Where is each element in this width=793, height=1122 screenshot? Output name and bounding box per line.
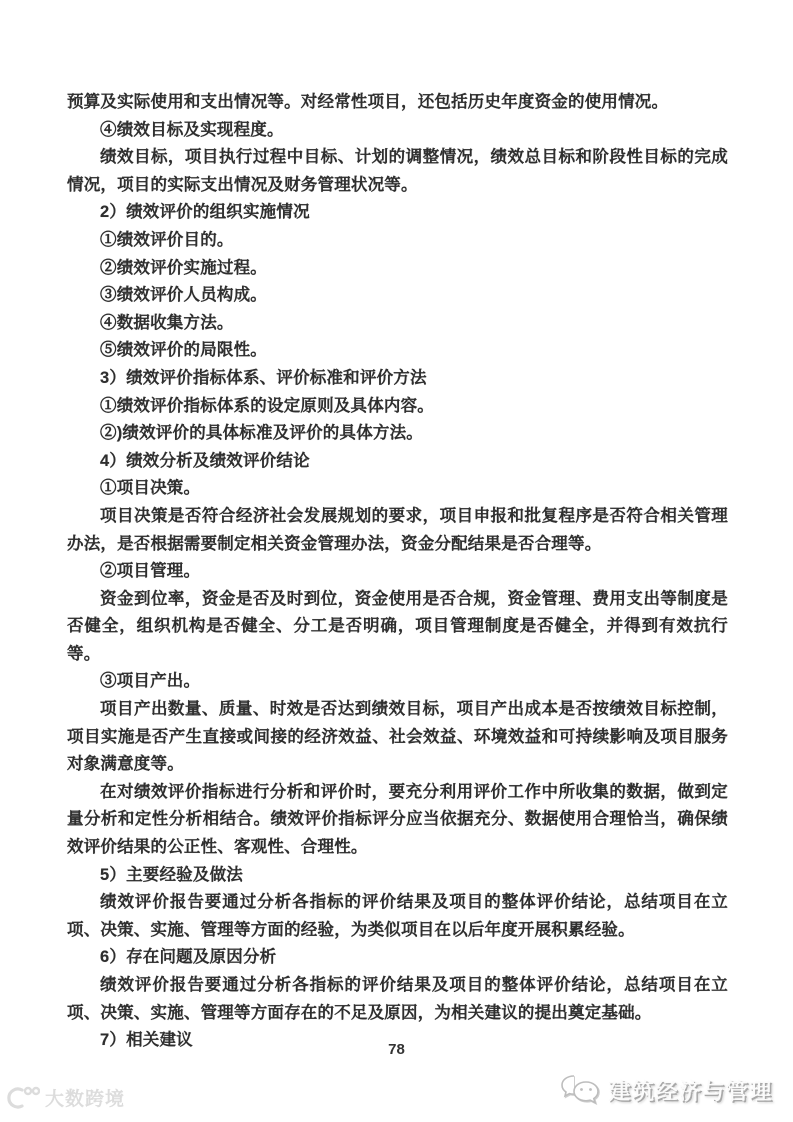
paragraph: 3）绩效评价指标体系、评价标准和评价方法	[67, 365, 728, 393]
paragraph: ⑤绩效评价的局限性。	[67, 337, 728, 365]
paragraph: 项目决策是否符合经济社会发展规划的要求，项目申报和批复程序是否符合相关管理办法，…	[67, 503, 728, 558]
paragraph: 项目产出数量、质量、时效是否达到绩效目标，项目产出成本是否按绩效目标控制，项目实…	[67, 696, 728, 779]
paragraph: ②绩效评价实施过程。	[67, 255, 728, 283]
document-text: 预算及实际使用和支出情况等。对经常性项目，还包括历史年度资金的使用情况。④绩效目…	[67, 89, 728, 1055]
wechat-icon	[560, 1074, 600, 1106]
paragraph: 6）存在问题及原因分析	[67, 944, 728, 972]
paragraph: ①绩效评价目的。	[67, 227, 728, 255]
paragraph: 在对绩效评价指标进行分析和评价时，要充分利用评价工作中所收集的数据，做到定量分析…	[67, 779, 728, 862]
dashu-logo-icon	[6, 1085, 40, 1111]
paragraph: 5）主要经验及做法	[67, 862, 728, 890]
paragraph: 资金到位率，资金是否及时到位，资金使用是否合规，资金管理、费用支出等制度是否健全…	[67, 586, 728, 669]
page-number: 78	[0, 1041, 793, 1058]
paragraph: 绩效评价报告要通过分析各指标的评价结果及项目的整体评价结论，总结项目在立项、决策…	[67, 972, 728, 1027]
watermark-left-label: 大数跨境	[45, 1084, 125, 1111]
paragraph: ③项目产出。	[67, 668, 728, 696]
paragraph: ②项目管理。	[67, 558, 728, 586]
paragraph: 4）绩效分析及绩效评价结论	[67, 448, 728, 476]
paragraph: ②)绩效评价的具体标准及评价的具体方法。	[67, 420, 728, 448]
paragraph: 预算及实际使用和支出情况等。对经常性项目，还包括历史年度资金的使用情况。	[67, 89, 728, 117]
document-page: 预算及实际使用和支出情况等。对经常性项目，还包括历史年度资金的使用情况。④绩效目…	[0, 0, 793, 1122]
watermark-left: 大数跨境	[6, 1084, 125, 1111]
paragraph: 绩效评价报告要通过分析各指标的评价结果及项目的整体评价结论，总结项目在立项、决策…	[67, 889, 728, 944]
paragraph: ①绩效评价指标体系的设定原则及具体内容。	[67, 393, 728, 421]
paragraph: ③绩效评价人员构成。	[67, 282, 728, 310]
paragraph: 2）绩效评价的组织实施情况	[67, 199, 728, 227]
paragraph: ①项目决策。	[67, 475, 728, 503]
paragraph: ④绩效目标及实现程度。	[67, 117, 728, 145]
paragraph: 绩效目标，项目执行过程中目标、计划的调整情况，绩效总目标和阶段性目标的完成情况，…	[67, 144, 728, 199]
paragraph: ④数据收集方法。	[67, 310, 728, 338]
watermark-right: 建筑经济与管理	[560, 1074, 773, 1106]
watermark-right-label: 建筑经济与管理	[608, 1075, 773, 1106]
